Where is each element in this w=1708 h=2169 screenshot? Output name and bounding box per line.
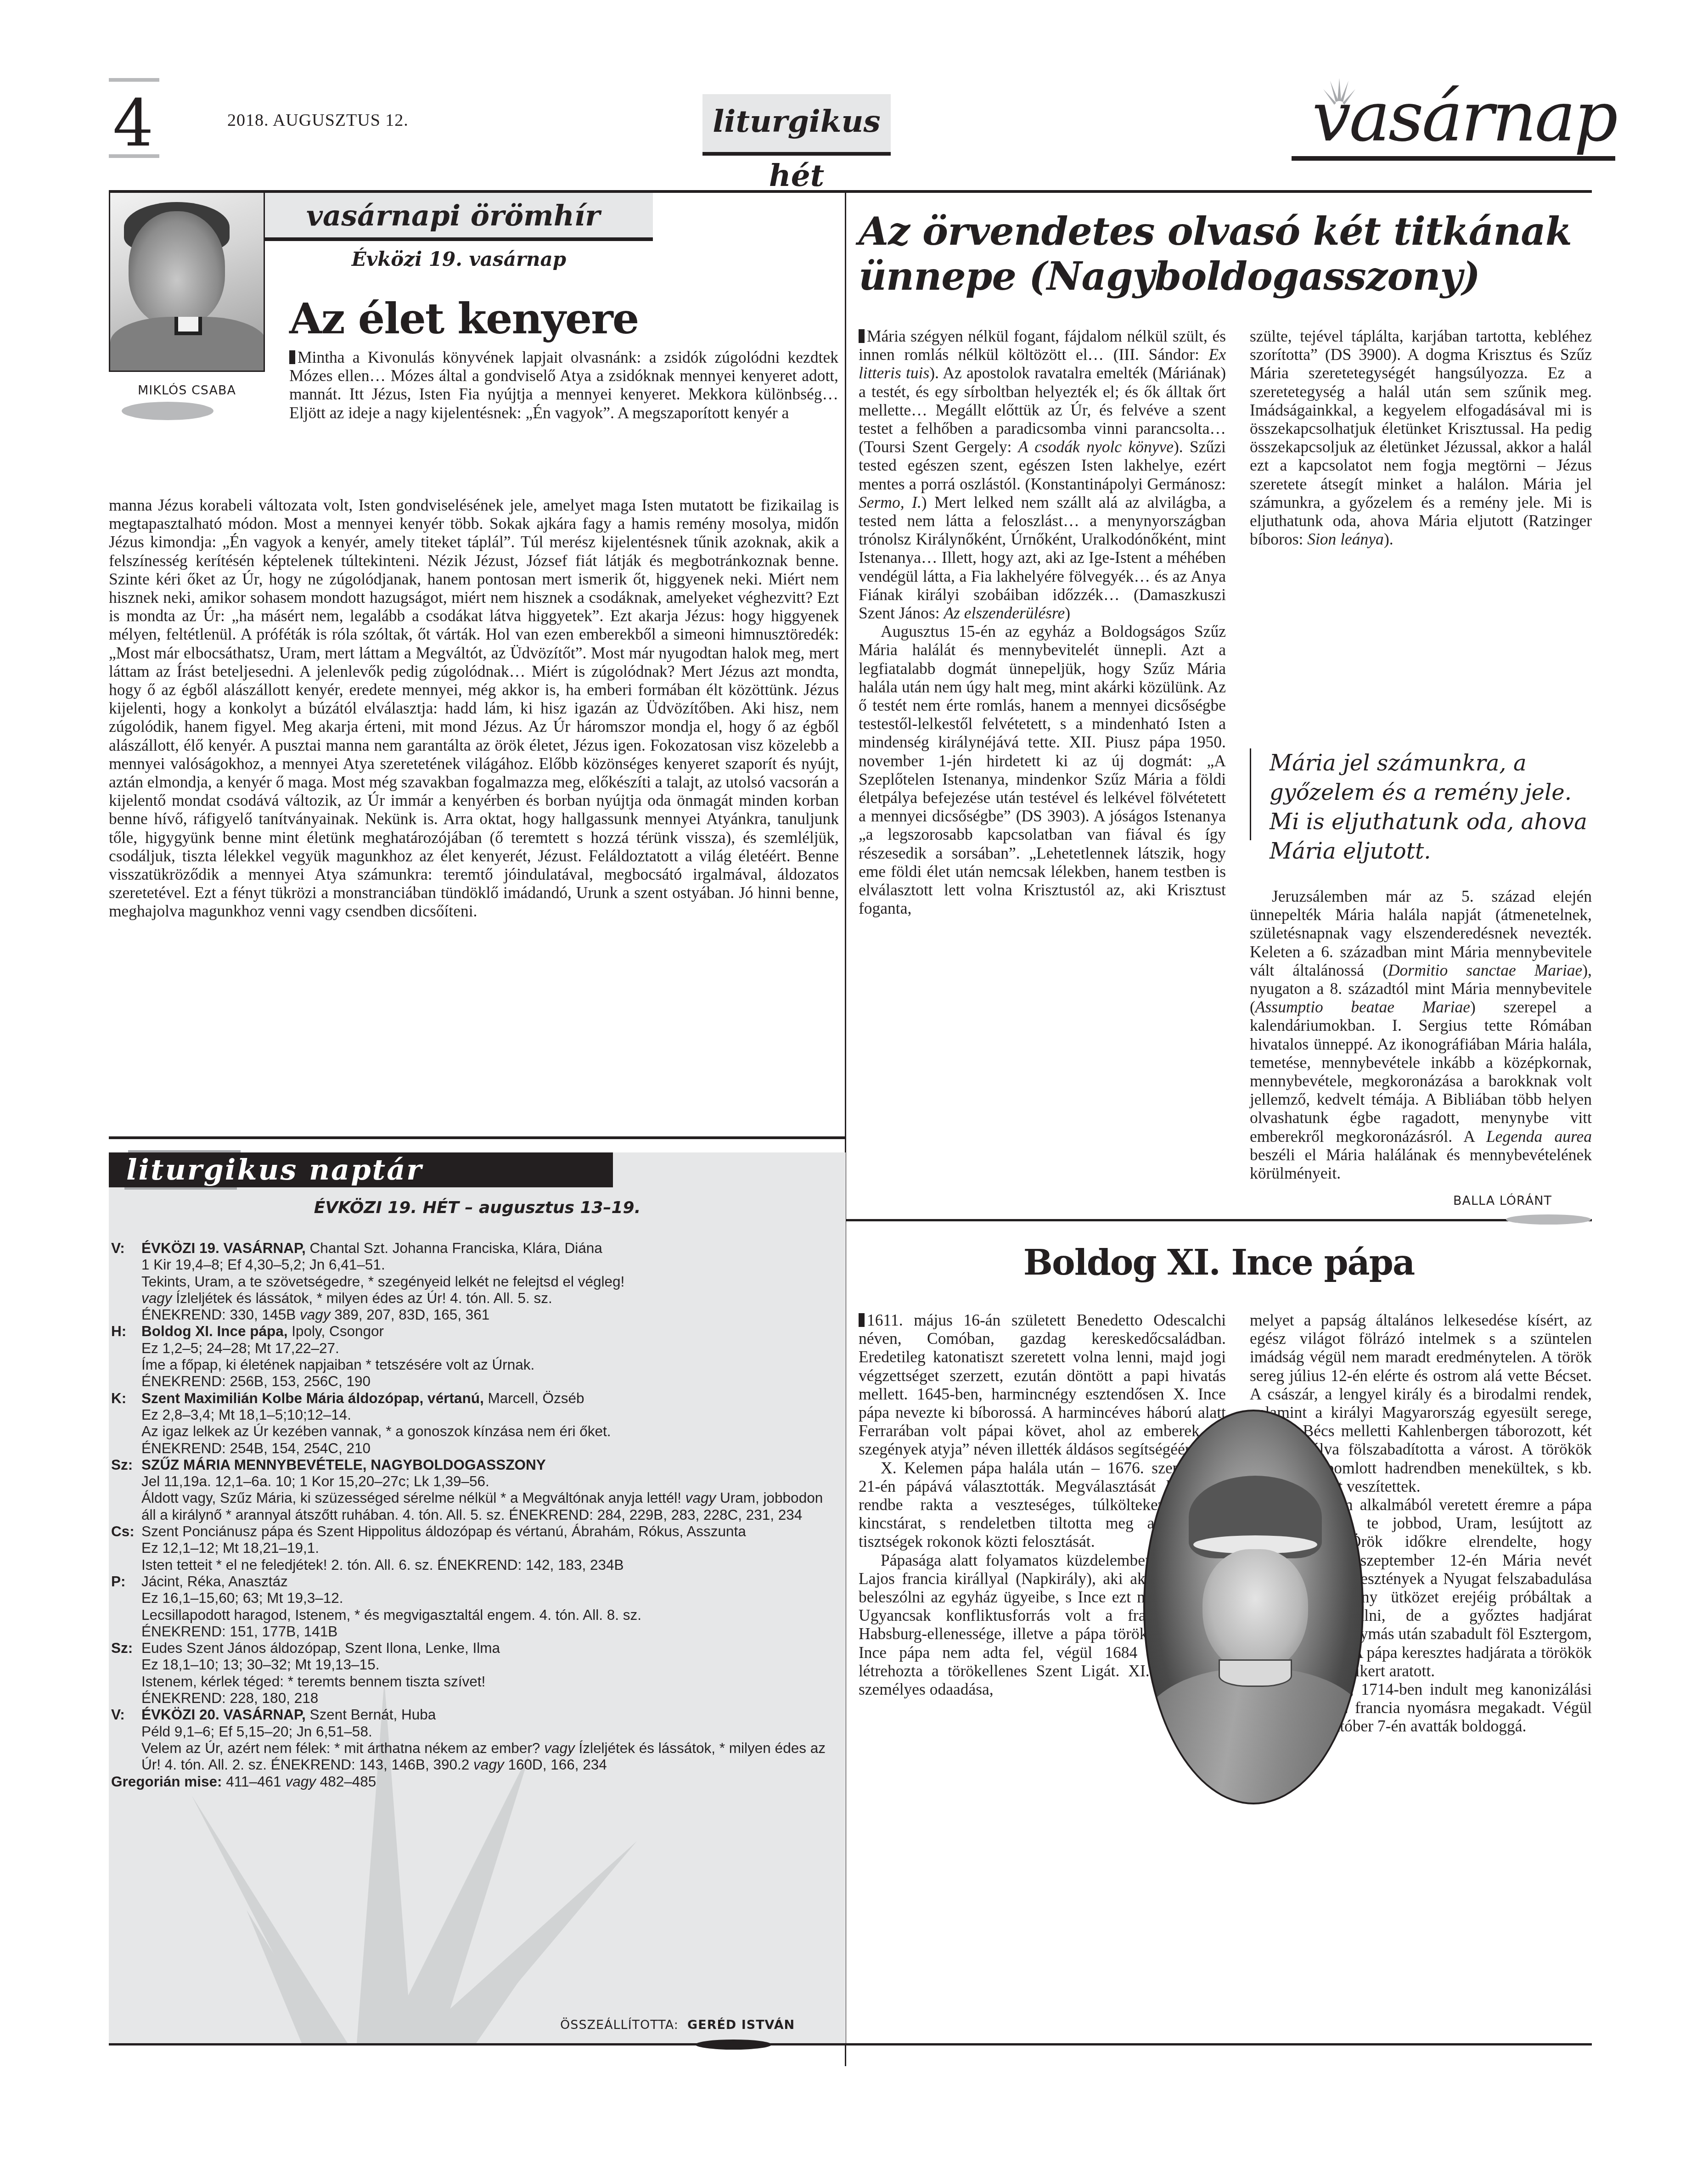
- article-column: szülte, tejével táplálta, karjában tarto…: [1250, 327, 1592, 548]
- credit-ornament: [696, 2040, 771, 2050]
- section-rule: [846, 1219, 1592, 1221]
- calendar-day: V: ÉVKÖZI 20. VASÁRNAP, Szent Bernát, Hu…: [111, 1706, 837, 1773]
- page-number: 4: [110, 87, 156, 161]
- article-headline: Az élet kenyere: [289, 294, 638, 343]
- lede-marker: [859, 1313, 865, 1327]
- calendar-day: Sz: Eudes Szent János áldozópap, Szent I…: [111, 1640, 837, 1706]
- calendar-day: K: Szent Maximilián Kolbe Mária áldozópa…: [111, 1390, 837, 1456]
- column-kicker: vasárnapi örömhír: [265, 193, 653, 241]
- section-title: liturgikus hét: [702, 94, 891, 202]
- article-column: Mária szégyen nélkül fogant, fájdalom né…: [859, 327, 1226, 918]
- calendar-title-accent: [124, 1187, 237, 1190]
- brand-rule: [1292, 156, 1615, 161]
- calendar-day: V: ÉVKÖZI 19. VASÁRNAP, Chantal Szt. Joh…: [111, 1240, 837, 1323]
- article-subhead: Évközi 19. vasárnap: [265, 248, 653, 270]
- brand-logo: vasárnap: [1313, 78, 1616, 156]
- lede-marker: [859, 329, 865, 343]
- brand-wordmark: vasárnap: [1312, 83, 1616, 152]
- pope-portrait-image: [1143, 1410, 1364, 1804]
- calendar-day: H: Boldog XI. Ince pápa, Ipoly, Csongor …: [111, 1323, 837, 1389]
- calendar-day: P: Jácint, Réka, Anasztáz Ez 16,1–15,60;…: [111, 1573, 837, 1640]
- article-column: Jeruzsálemben már az 5. század elején ün…: [1250, 887, 1592, 1182]
- byline-ornament: [122, 402, 213, 420]
- kicker-label: vasárnapi örömhír: [265, 193, 653, 239]
- author-byline: BALLA LÓRÁNT: [1453, 1194, 1552, 1208]
- pull-quote: Mária jel számunkra, a győzelem és a rem…: [1250, 748, 1592, 840]
- calendar-credit: ÖSSZEÁLLÍTOTTA: GERÉD ISTVÁN: [560, 2018, 795, 2032]
- section-rule: [109, 1136, 846, 1139]
- author-byline: MIKLÓS CSABA: [109, 383, 265, 398]
- article-lede: Mintha a Kivonulás könyvének lapjait olv…: [289, 348, 838, 422]
- page-number-rule-top: [109, 78, 159, 82]
- page-number-rule-bottom: [109, 154, 159, 158]
- article-body: manna Jézus korabeli változata volt, Ist…: [109, 496, 839, 921]
- issue-date: 2018. AUGUSZTUS 12.: [227, 110, 409, 130]
- calendar-day: Sz: SZŰZ MÁRIA MENNYBEVÉTELE, NAGYBOLDOG…: [111, 1456, 837, 1523]
- calendar-week: ÉVKÖZI 19. HÉT – augusztus 13–19.: [109, 1198, 846, 1217]
- section-tab: liturgikus hét: [702, 94, 891, 156]
- byline-ornament: [1506, 1214, 1591, 1225]
- calendar-list: V: ÉVKÖZI 19. VASÁRNAP, Chantal Szt. Joh…: [111, 1240, 837, 1790]
- gregorian-mass: Gregorián mise: 411–461 vagy 482–485: [111, 1773, 837, 1790]
- calendar-day: Cs: Szent Ponciánusz pápa és Szent Hippo…: [111, 1523, 837, 1573]
- author-photo: [109, 193, 265, 372]
- bottom-rule: [846, 2043, 1592, 2045]
- article-headline: Az örvendetes olvasó két titkának ünnepe…: [859, 209, 1593, 299]
- lede-marker: [289, 350, 295, 364]
- article-headline: Boldog XI. Ince pápa: [846, 1242, 1592, 1283]
- calendar-title: liturgikus naptár: [126, 1153, 423, 1186]
